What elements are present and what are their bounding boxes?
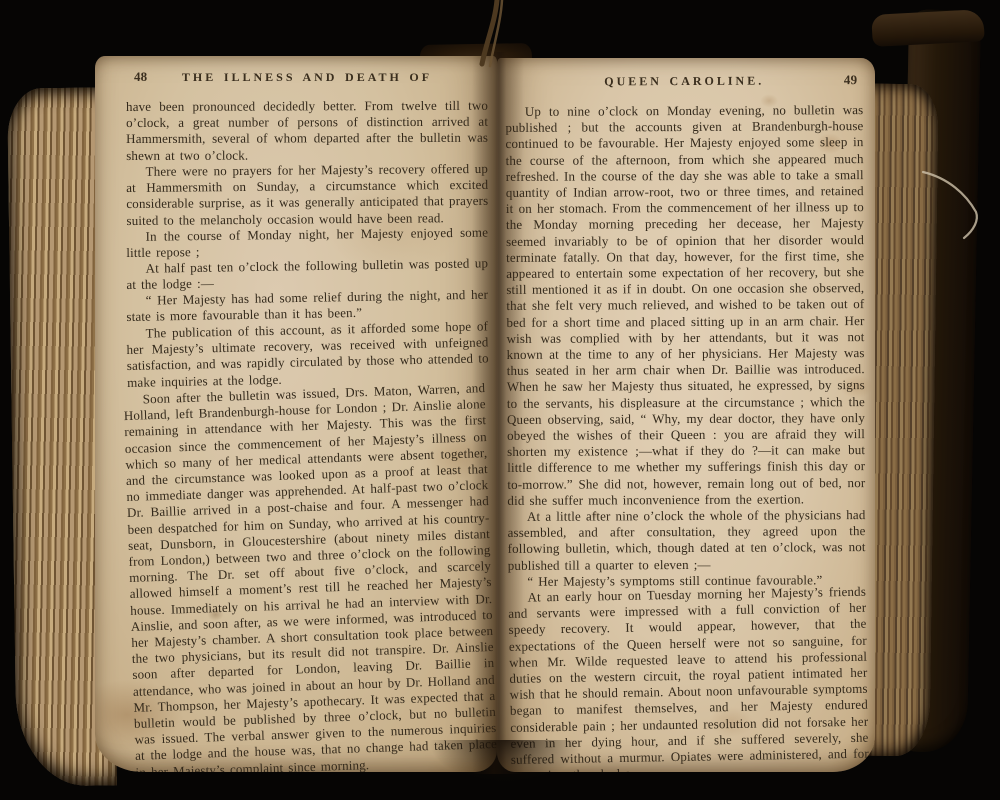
- right-page-text: QUEEN CAROLINE. 49 Up to nine o’clock on…: [497, 58, 875, 772]
- paragraph: There were no prayers for her Majesty’s …: [126, 161, 489, 229]
- paragraph: Up to nine o’clock on Monday evening, no…: [505, 102, 865, 509]
- left-page-number: 48: [134, 69, 147, 85]
- book-photo: 48 THE ILLNESS AND DEATH OF have been pr…: [0, 0, 1000, 800]
- right-page-header: QUEEN CAROLINE. 49: [505, 72, 863, 100]
- paragraph: have been pronounced decidedly better. F…: [126, 98, 488, 164]
- left-page-header: 48 THE ILLNESS AND DEATH OF: [126, 69, 488, 95]
- paragraph: At an early hour on Tuesday morning her …: [508, 584, 869, 772]
- right-page-number: 49: [844, 72, 857, 88]
- left-page-text: 48 THE ILLNESS AND DEATH OF have been pr…: [95, 56, 497, 772]
- paragraph: Soon after the bulletin was issued, Drs.…: [123, 380, 497, 772]
- book-cover-top-corner: [871, 9, 985, 47]
- left-page: 48 THE ILLNESS AND DEATH OF have been pr…: [95, 56, 497, 772]
- right-running-header: QUEEN CAROLINE.: [505, 72, 863, 90]
- right-page: QUEEN CAROLINE. 49 Up to nine o’clock on…: [497, 58, 875, 772]
- paragraph: The publication of this account, as it a…: [126, 318, 489, 390]
- paragraph: At a little after nine o’clock the whole…: [507, 507, 865, 574]
- left-running-header: THE ILLNESS AND DEATH OF: [126, 69, 488, 85]
